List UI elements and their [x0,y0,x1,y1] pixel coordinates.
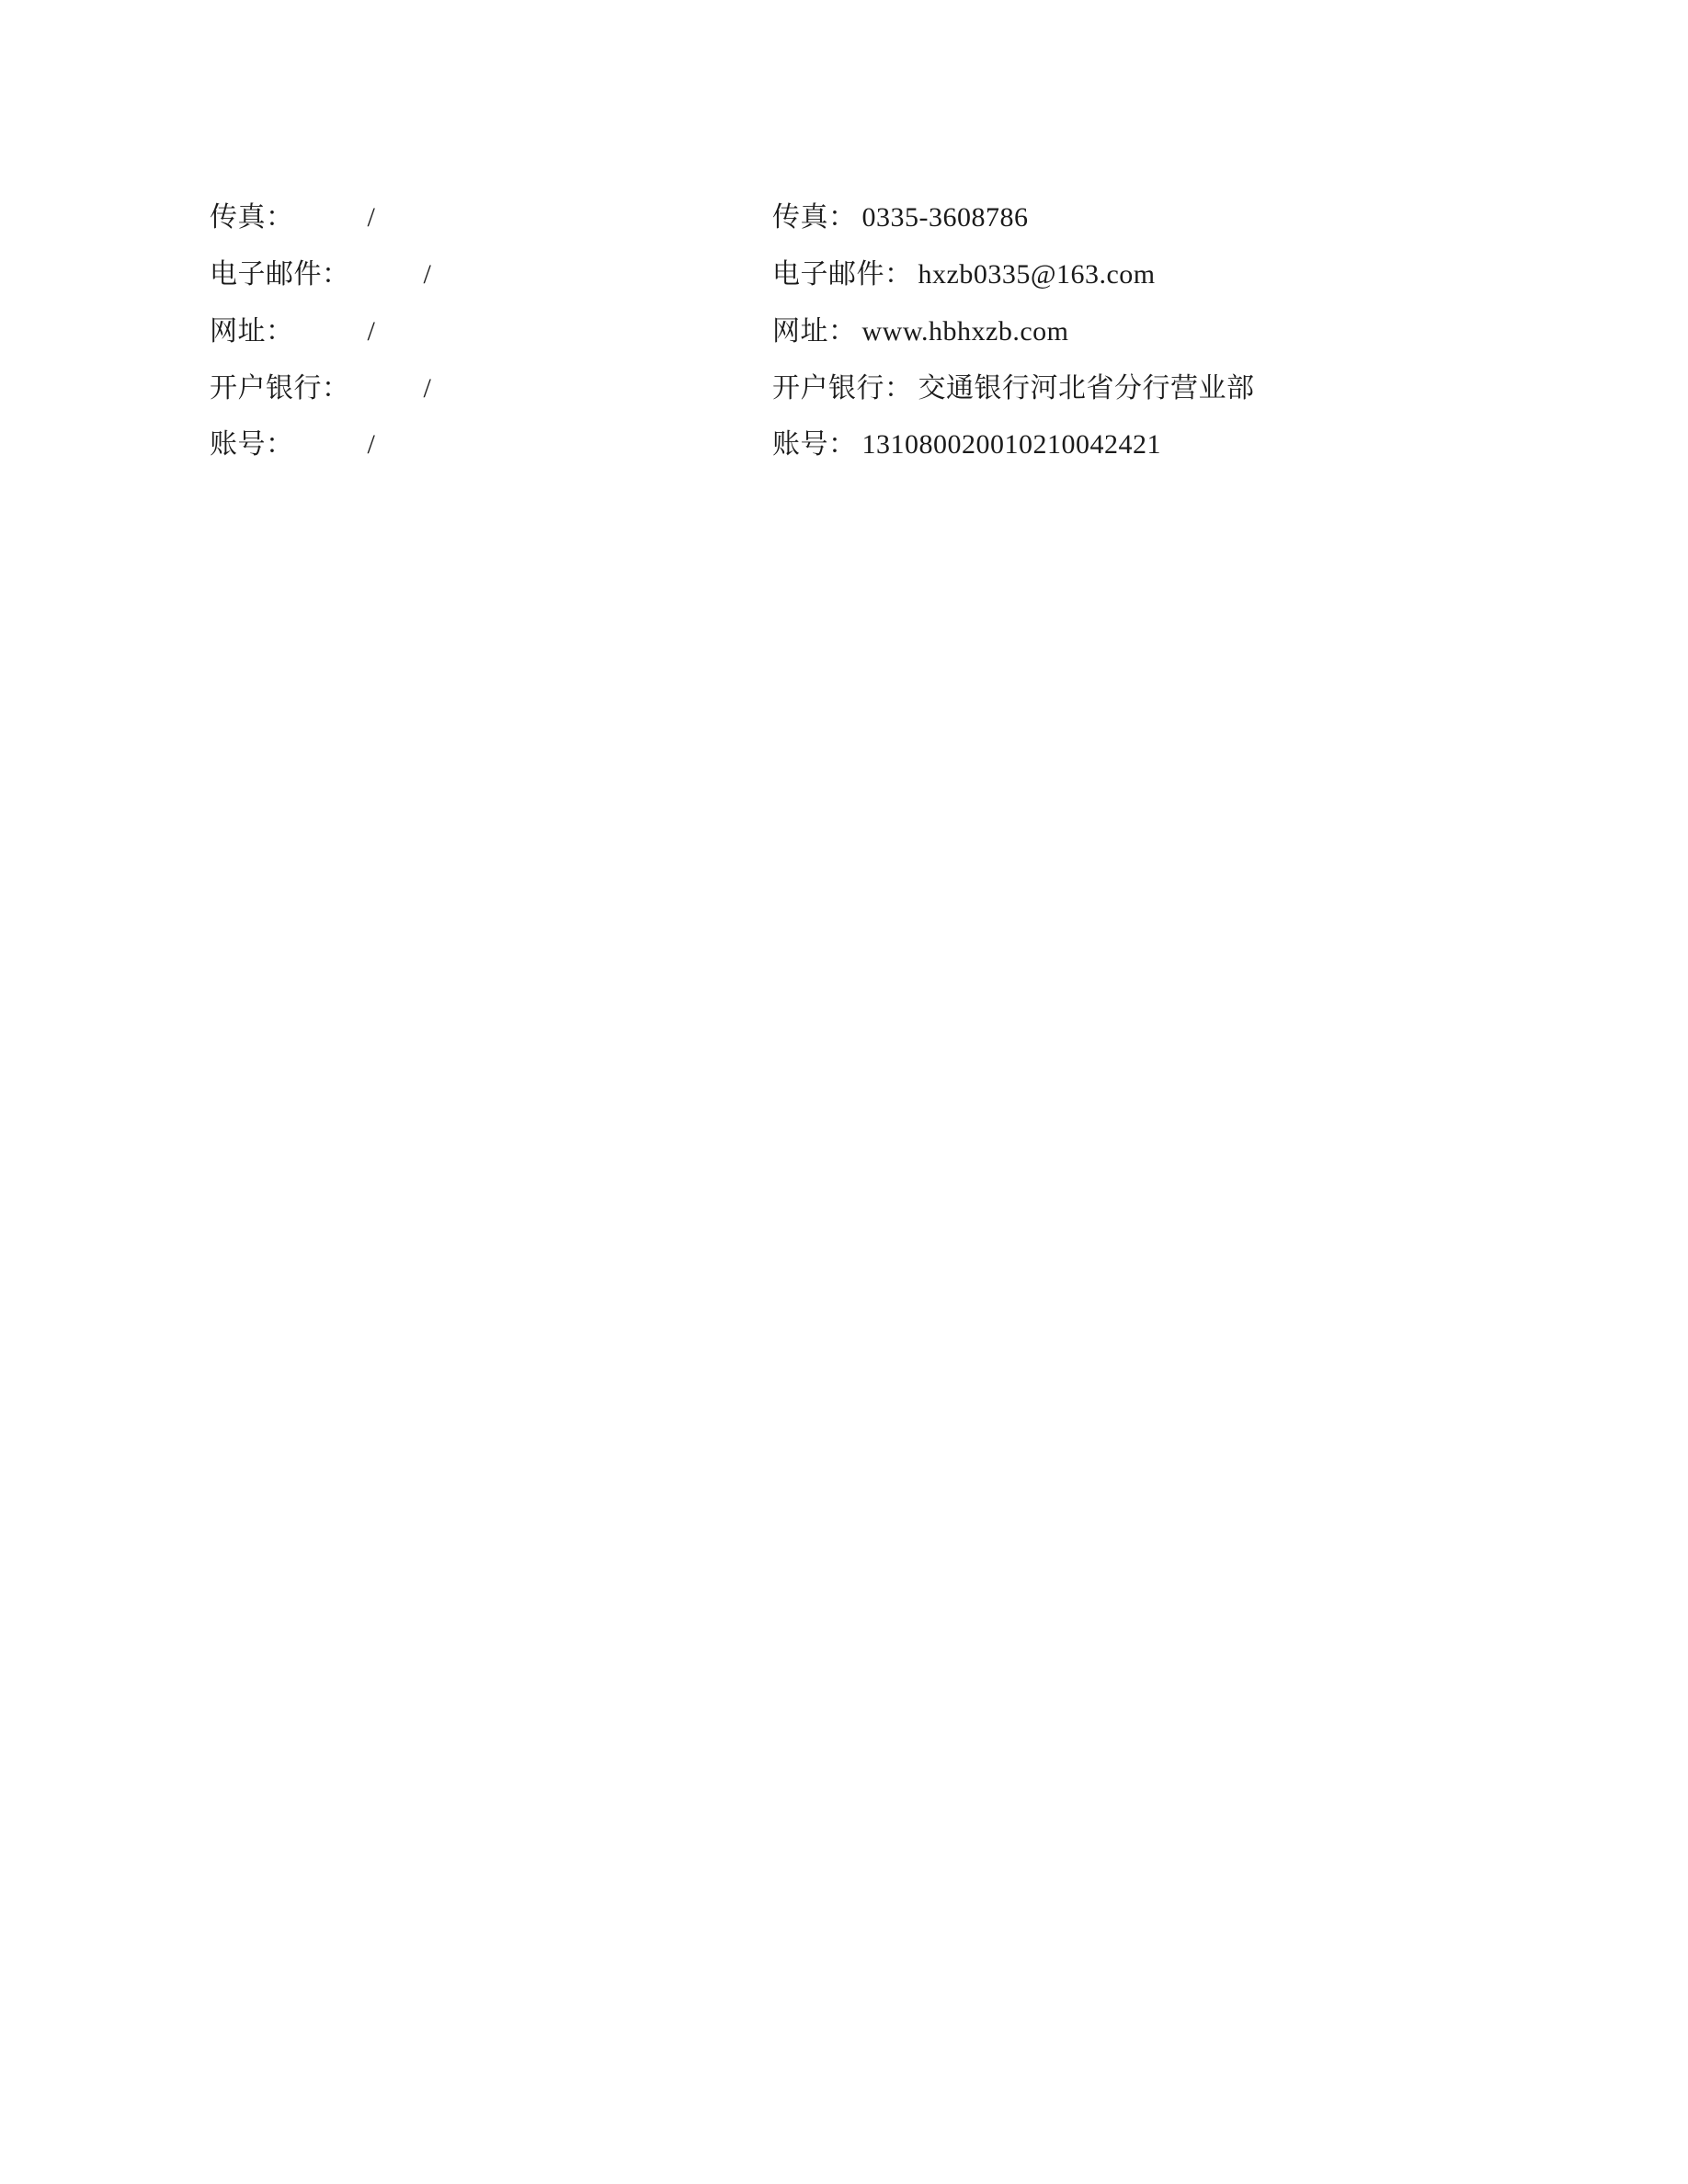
website-value-right: www.hbhxzb.com [862,316,1069,348]
website-label-right: 网址： [772,316,857,348]
account-value-right: 131080020010210042421 [862,429,1162,461]
bank-field-right: 开户银行：交通银行河北省分行营业部 [772,373,1255,405]
account-label-left: 账号： [210,429,294,461]
fax-field-left: 传真：/ [210,202,375,234]
website-field-right: 网址：www.hbhxzb.com [772,316,1069,348]
email-value-right: hxzb0335@163.com [918,259,1156,291]
bank-value-right: 交通银行河北省分行营业部 [918,373,1255,405]
website-label-left: 网址： [210,316,294,348]
bank-label-left: 开户银行： [210,373,350,405]
fax-label-left: 传真： [210,202,294,234]
website-field-left: 网址：/ [210,316,375,348]
document-page: 传真：/ 传真：0335-3608786 电子邮件：/ 电子邮件：hxzb033… [0,0,1688,2184]
email-label-right: 电子邮件： [772,259,913,291]
email-label-left: 电子邮件： [210,259,350,291]
bank-label-right: 开户银行： [772,373,913,405]
fax-value-left: / [368,202,376,234]
account-label-right: 账号： [772,429,857,461]
website-value-left: / [368,316,376,348]
email-value-left: / [424,259,432,291]
fax-field-right: 传真：0335-3608786 [772,202,1029,234]
fax-label-right: 传真： [772,202,857,234]
email-field-right: 电子邮件：hxzb0335@163.com [772,259,1156,291]
email-field-left: 电子邮件：/ [210,259,431,291]
account-field-right: 账号：131080020010210042421 [772,429,1161,461]
account-value-left: / [368,429,376,461]
account-field-left: 账号：/ [210,429,375,461]
bank-value-left: / [424,373,432,405]
bank-field-left: 开户银行：/ [210,373,431,405]
fax-value-right: 0335-3608786 [862,202,1029,234]
